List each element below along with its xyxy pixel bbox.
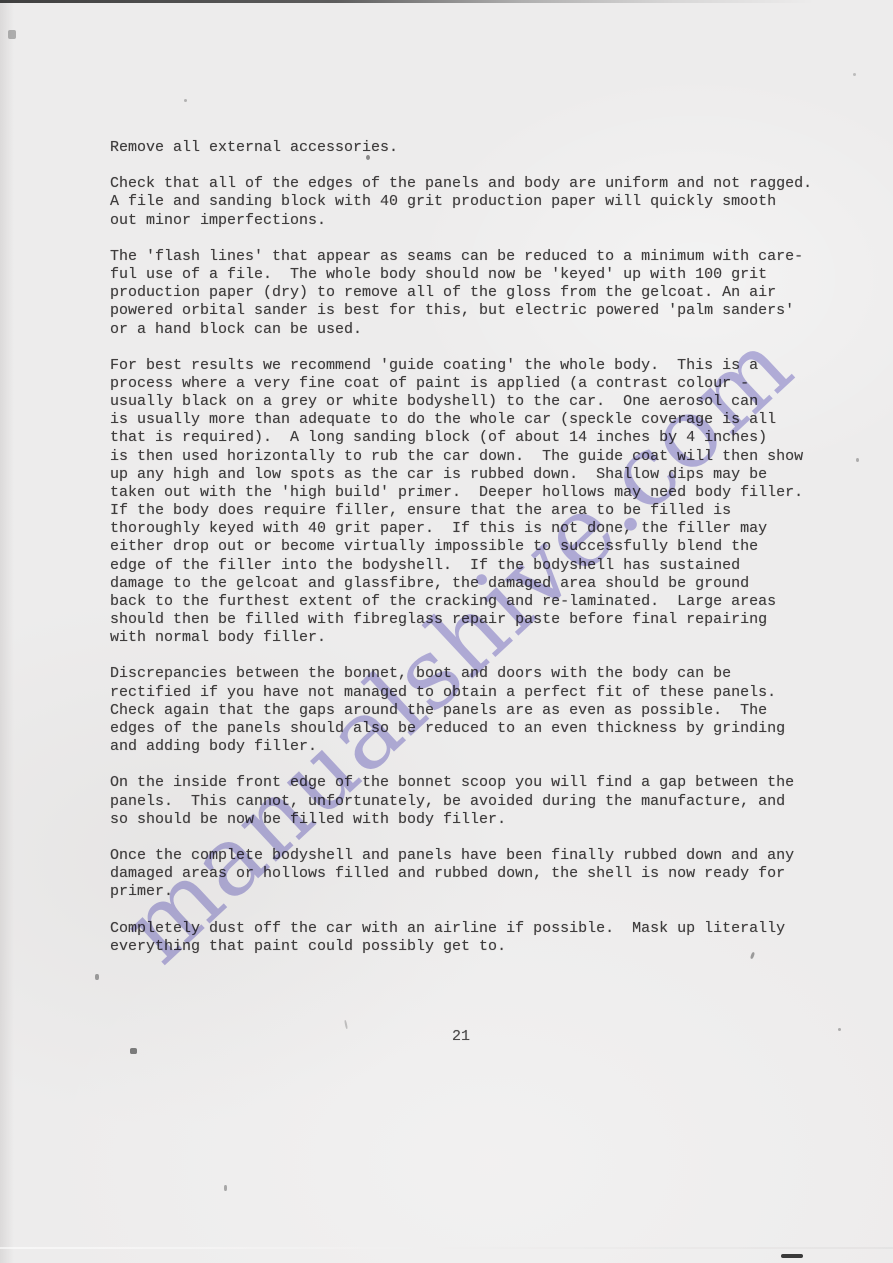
ink-speck xyxy=(184,99,187,102)
body-text: Remove all external accessories.Check th… xyxy=(110,139,812,974)
scanned-page: Remove all external accessories.Check th… xyxy=(0,0,893,1263)
scan-smudge xyxy=(781,1254,803,1258)
ink-speck xyxy=(838,1028,841,1031)
paragraph: Completely dust off the car with an airl… xyxy=(110,920,812,956)
ink-speck xyxy=(856,458,859,462)
scan-artifact-bottom-edge xyxy=(0,1247,893,1249)
paragraph: Discrepancies between the bonnet, boot a… xyxy=(110,665,812,756)
paragraph: Check that all of the edges of the panel… xyxy=(110,175,812,229)
ink-speck xyxy=(224,1185,227,1191)
ink-speck xyxy=(366,155,370,160)
ink-speck xyxy=(8,30,16,39)
paragraph: Once the complete bodyshell and panels h… xyxy=(110,847,812,901)
ink-speck xyxy=(130,1048,137,1054)
ink-speck xyxy=(344,1020,348,1029)
paragraph: Remove all external accessories. xyxy=(110,139,812,157)
ink-speck xyxy=(853,73,856,76)
paragraph: On the inside front edge of the bonnet s… xyxy=(110,774,812,828)
scan-artifact-top-edge xyxy=(0,0,840,3)
paragraph: For best results we recommend 'guide coa… xyxy=(110,357,812,648)
page-number: 21 xyxy=(452,1028,470,1045)
paragraph: The 'flash lines' that appear as seams c… xyxy=(110,248,812,339)
ink-speck xyxy=(95,974,99,980)
